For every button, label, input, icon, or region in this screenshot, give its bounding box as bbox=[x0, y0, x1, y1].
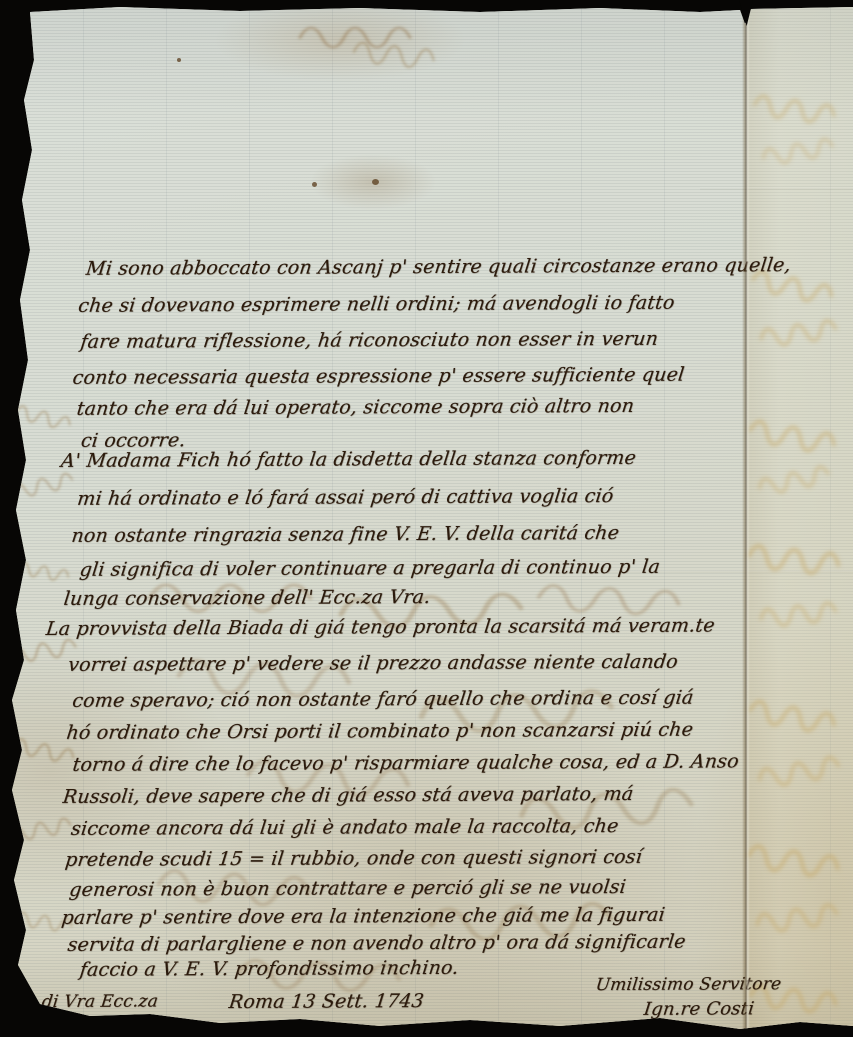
letter-line: pretende scudi 15 = il rubbio, onde con … bbox=[64, 846, 643, 872]
letter-line: tanto che era dá lui operato, siccome so… bbox=[75, 395, 635, 421]
letter-line: servita di parlargliene e non avendo alt… bbox=[66, 931, 687, 957]
letter-line: parlare p' sentire dove era la intenzion… bbox=[60, 904, 666, 930]
letter-line: come speravo; ció non ostante faró quell… bbox=[71, 687, 695, 713]
letter-line: faccio a V. E. V. profondissimo inchino. bbox=[78, 957, 460, 982]
letter-line: Mi sono abboccato con Ascanj p' sentire … bbox=[85, 254, 792, 281]
letter-line: gli significa di voler continuare a preg… bbox=[78, 556, 661, 582]
page-fold-crease bbox=[742, 0, 750, 1037]
letter-line: La provvista della Biada di giá tengo pr… bbox=[45, 614, 716, 640]
letter-line: mi há ordinato e ló fará assai peró di c… bbox=[76, 485, 615, 511]
letter-page: Mi sono abboccato con Ascanj p' sentire … bbox=[0, 0, 853, 1037]
letter-line: non ostante ringrazia senza fine V. E. V… bbox=[70, 522, 620, 548]
letter-line: torno á dire che lo facevo p' risparmiar… bbox=[71, 750, 740, 776]
letter-line: Russoli, deve sapere che di giá esso stá… bbox=[62, 783, 635, 809]
signature: Ign.re Costi bbox=[643, 998, 756, 1020]
letter-line: siccome ancora dá lui gli è andato male … bbox=[70, 815, 620, 841]
letter-line: conto necessaria questa espressione p' e… bbox=[71, 364, 685, 390]
closing-courtesy: di Vra Ecc.za bbox=[41, 991, 160, 1012]
letter-body: Mi sono abboccato con Ascanj p' sentire … bbox=[0, 0, 853, 1037]
letter-line: generosi non è buon contrattare e perció… bbox=[68, 876, 627, 902]
valediction: Umilissimo Servitore bbox=[594, 974, 782, 995]
letter-line: vorrei aspettare p' vedere se il prezzo … bbox=[67, 651, 679, 677]
manuscript-scan: Mi sono abboccato con Ascanj p' sentire … bbox=[0, 0, 853, 1037]
letter-line: A' Madama Fich hó fatto la disdetta dell… bbox=[60, 447, 638, 473]
letter-line: hó ordinato che Orsi porti il combinato … bbox=[65, 719, 694, 745]
letter-line: fare matura riflessione, há riconosciuto… bbox=[79, 328, 659, 354]
letter-line: lunga conservazione dell' Ecc.za Vra. bbox=[62, 586, 431, 611]
letter-line: che si dovevano esprimere nelli ordini; … bbox=[77, 292, 676, 318]
place-date: Roma 13 Sett. 1743 bbox=[228, 990, 426, 1014]
